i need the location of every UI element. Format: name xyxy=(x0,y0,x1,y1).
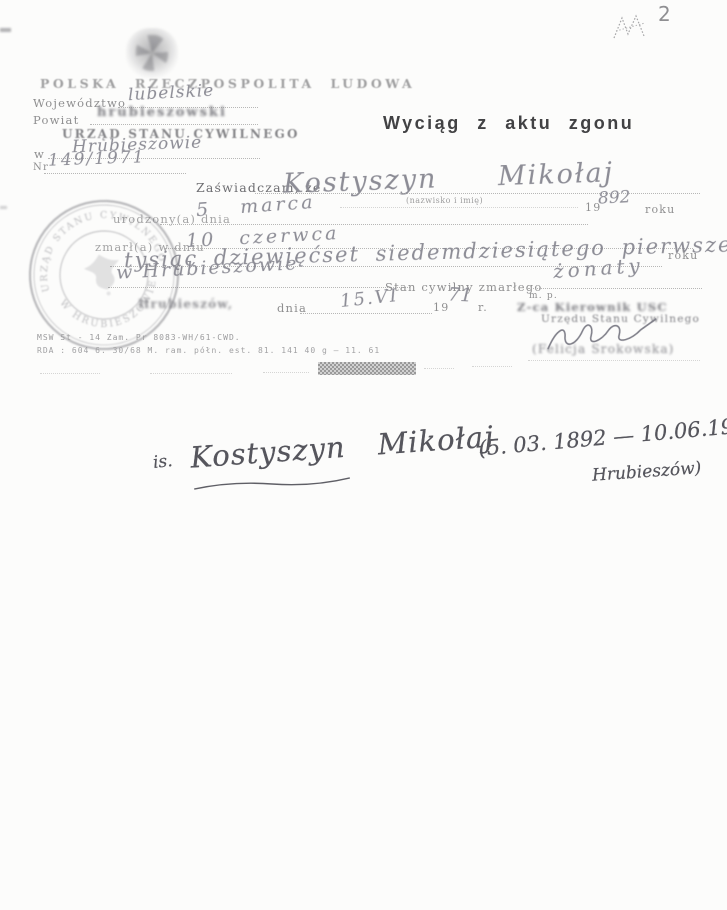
official-round-stamp: URZĄD STANU CYWILNEGO W HRUBIESZOWIE xyxy=(0,175,209,375)
footer-dotted-segment xyxy=(263,372,309,373)
birth-dotted-line xyxy=(160,224,588,225)
form-imprint-line2: RDA : 604 6. 30/68 M. ram. półn. est. 81… xyxy=(37,346,380,355)
record-number-dotted-line xyxy=(44,173,186,174)
footer-dotted-segment xyxy=(40,373,100,374)
eagle-emblem-icon xyxy=(126,28,178,78)
birth-year-dotted-line xyxy=(340,207,578,208)
record-number-label: Nr xyxy=(33,162,49,173)
annotation-prefix-handwritten: is. xyxy=(152,451,174,473)
issue-date-handwritten: 15.VI xyxy=(339,285,400,312)
issue-year-handwritten: 71 xyxy=(447,283,472,306)
pencil-scribble-icon xyxy=(612,14,650,42)
county-label: Powiat xyxy=(33,113,79,127)
annotation-name-handwritten: Kostyszyn Mikołaj xyxy=(189,419,495,474)
marital-status-dotted-line xyxy=(528,288,702,289)
scan-speck xyxy=(0,28,11,32)
stamp-eagle-icon xyxy=(81,250,125,294)
annotation-place-handwritten: Hrubieszów) xyxy=(591,458,702,486)
document-title: Wyciąg z aktu zgonu xyxy=(383,113,634,134)
signer-role-line1: Z-ca Kierownik USC xyxy=(517,300,668,314)
halftone-redaction-bar xyxy=(318,362,416,375)
form-imprint-line1: MSW St - 14 Zam. Pr 8083-WH/61-CWD. xyxy=(37,333,241,342)
voivodeship-value-handwritten: lubelskie xyxy=(128,81,215,105)
signer-name: (Felicja Srokowska) xyxy=(532,342,675,356)
issue-year-suffix: r. xyxy=(478,301,488,314)
birth-date-handwritten: 5 marca xyxy=(195,191,316,221)
office-place-label: w xyxy=(34,147,45,161)
pencil-page-number: 2 xyxy=(658,2,671,26)
footer-dotted-segment xyxy=(472,366,512,367)
county-dotted-line xyxy=(90,124,258,125)
record-number-value-handwritten: 149/1971 xyxy=(48,147,146,170)
footer-dotted-segment xyxy=(150,373,232,374)
death-year-suffix: roku xyxy=(668,249,698,262)
eagle-emblem-texture xyxy=(136,35,168,71)
birth-year-handwritten: 892 xyxy=(597,187,630,209)
name-dotted-line xyxy=(255,193,700,194)
scan-speck xyxy=(0,206,7,209)
country-name: POLSKA RZECZPOSPOLITA LUDOWA xyxy=(40,76,415,91)
name-caption: (nazwisko i imię) xyxy=(406,196,483,205)
marital-status-handwritten: żonaty xyxy=(552,253,644,283)
signature-dotted-line xyxy=(528,360,700,361)
scanned-death-certificate-page: 2 POLSKA RZECZPOSPOLITA LUDOWA Województ… xyxy=(0,0,727,910)
annotation-dates-handwritten: (5. 03. 1892 — 10.06.1971. xyxy=(478,411,727,460)
footer-dotted-segment xyxy=(424,368,454,369)
county-value-stamped: hrubieszowski xyxy=(97,105,227,120)
birth-year-suffix: roku xyxy=(645,203,675,216)
annotation-underline-squiggle xyxy=(192,474,352,492)
issue-date-dotted-line xyxy=(300,313,432,314)
